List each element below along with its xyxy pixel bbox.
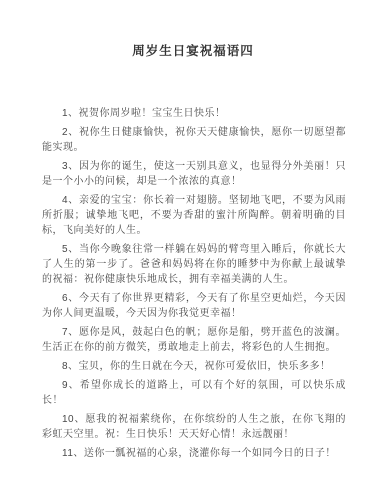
document-title: 周岁生日宴祝福语四 <box>0 0 386 58</box>
blessing-paragraph-2: 2、祝你生日健康愉快，祝你天天健康愉快，愿你一切愿望都能实现。 <box>42 125 346 155</box>
document-body: 1、祝贺你周岁啦！宝宝生日快乐！ 2、祝你生日健康愉快，祝你天天健康愉快，愿你一… <box>0 106 386 461</box>
blessing-paragraph-10: 10、愿我的祝福萦绕你，在你缤纷的人生之旅，在你飞翔的彩虹天空里。祝：生日快乐！… <box>42 412 346 442</box>
blessing-paragraph-1: 1、祝贺你周岁啦！宝宝生日快乐！ <box>42 106 346 121</box>
blessing-paragraph-8: 8、宝贝，你的生日就在今天，祝你可爱依旧，快乐多多！ <box>42 359 346 374</box>
blessing-paragraph-6: 6、今天有了你世界更精彩，今天有了你星空更灿烂，今天因为你人间更温暖，今天因为你… <box>42 291 346 321</box>
blessing-paragraph-3: 3、因为你的诞生，使这一天别具意义，也显得分外美丽！只是一个小小的问候，却是一个… <box>42 159 346 189</box>
blessing-paragraph-11: 11、送你一瓢祝福的心泉，浇灌你每一个如同今日的日子！ <box>42 446 346 461</box>
blessing-paragraph-4: 4、亲爱的宝宝：你长着一对翅膀。坚韧地飞吧，不要为风雨所折服；诚挚地飞吧，不要为… <box>42 193 346 238</box>
blessing-paragraph-7: 7、愿你是风，鼓起白色的帆；愿你是船，劈开蓝色的波澜。生活正在你的前方微笑，勇敢… <box>42 325 346 355</box>
document-page: 周岁生日宴祝福语四 1、祝贺你周岁啦！宝宝生日快乐！ 2、祝你生日健康愉快，祝你… <box>0 0 386 500</box>
blessing-paragraph-5: 5、当你今晚象往常一样躺在妈妈的臂弯里入睡后，你就长大了人生的第一步了。爸爸和妈… <box>42 242 346 287</box>
blessing-paragraph-9: 9、希望你成长的道路上，可以有个好的氛围，可以快乐成长！ <box>42 378 346 408</box>
